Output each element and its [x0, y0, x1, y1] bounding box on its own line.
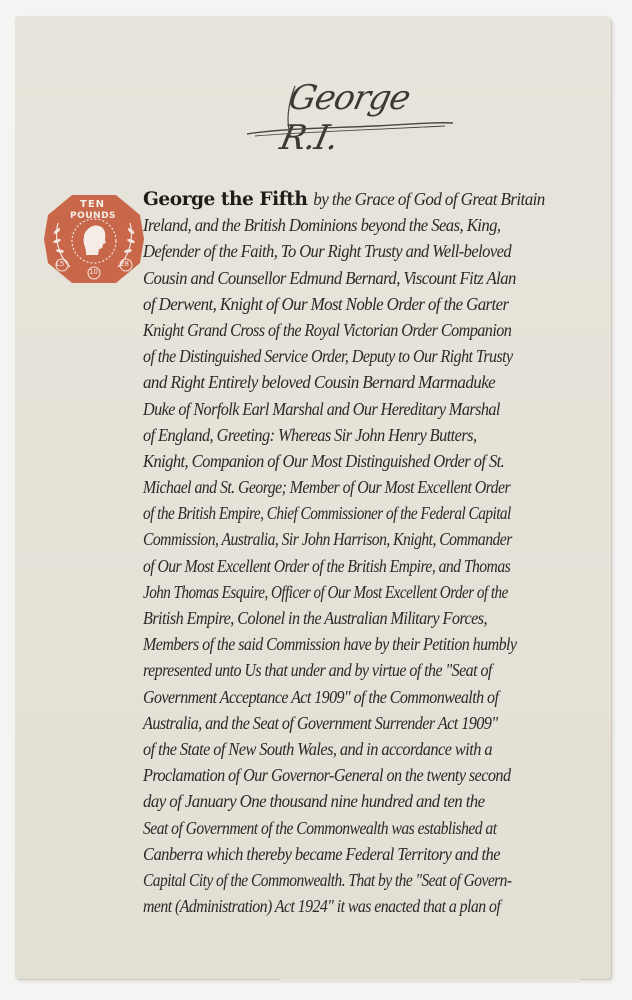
text-line: Duke of Norfolk Earl Marshal and Our Her…	[143, 396, 580, 422]
text-line: John Thomas Esquire, Officer of Our Most…	[143, 579, 552, 605]
royal-signature: George R.I.	[245, 72, 455, 142]
text-line: of Our Most Excellent Order of the Briti…	[143, 553, 566, 579]
stamp-middle-text: POUNDS	[70, 211, 116, 221]
text-line: Defender of the Faith, To Our Right Trus…	[143, 238, 590, 264]
stamp-left-corner: L5	[56, 260, 64, 268]
stamp-right-letter: C	[134, 269, 139, 277]
text-line: of the British Empire, Chief Commissione…	[143, 500, 557, 526]
text-line: Capital City of the Commonwealth. That b…	[143, 867, 561, 893]
text-line: and Right Entirely beloved Cousin Bernar…	[143, 369, 604, 395]
text-line: Proclamation of Our Governor-General on …	[143, 762, 580, 788]
text-line: Knight Grand Cross of the Royal Victoria…	[143, 317, 580, 343]
text-line: of England, Greeting: Whereas Sir John H…	[143, 422, 585, 448]
text-line: Michael and St. George; Member of Our Mo…	[143, 474, 571, 500]
document-body: George the Fifthby the Grace of God of G…	[143, 186, 613, 919]
text-line: Canberra which thereby became Federal Te…	[143, 841, 590, 867]
stamp-bottom-value: 10	[89, 268, 98, 276]
text-line: Members of the said Commission have by t…	[143, 631, 575, 657]
text-line: of the Distinguished Service Order, Depu…	[143, 343, 575, 369]
text-line: George the Fifthby the Grace of God of G…	[143, 186, 604, 212]
text-line-content: by the Grace of God of Great Britain	[313, 189, 544, 209]
text-line: Government Acceptance Act 1909" of the C…	[143, 684, 575, 710]
duty-stamp: TEN POUNDS L5 28 C 10	[42, 193, 146, 285]
stamp-right-corner: 28	[120, 260, 129, 268]
text-line: represented unto Us that under and by vi…	[143, 657, 575, 683]
text-line: of Derwent, Knight of Our Most Noble Ord…	[143, 291, 599, 317]
text-line: ment (Administration) Act 1924" it was e…	[143, 893, 571, 919]
text-line: Seat of Government of the Commonwealth w…	[143, 815, 566, 841]
signature-flourish	[245, 72, 455, 142]
text-line: Ireland, and the British Dominions beyon…	[143, 212, 594, 238]
text-line: of the State of New South Wales, and in …	[143, 736, 585, 762]
document-heading: George the Fifth	[143, 188, 307, 210]
text-line: Australia, and the Seat of Government Su…	[143, 710, 580, 736]
page-edge-shadow	[280, 979, 580, 983]
text-line: Cousin and Counsellor Edmund Bernard, Vi…	[143, 265, 594, 291]
text-line: Knight, Companion of Our Most Distinguis…	[143, 448, 590, 474]
stamp-top-text: TEN	[80, 199, 105, 210]
text-line: Commission, Australia, Sir John Harrison…	[143, 526, 566, 552]
text-line: day of January One thousand nine hundred…	[143, 788, 599, 814]
text-line: British Empire, Colonel in the Australia…	[143, 605, 580, 631]
